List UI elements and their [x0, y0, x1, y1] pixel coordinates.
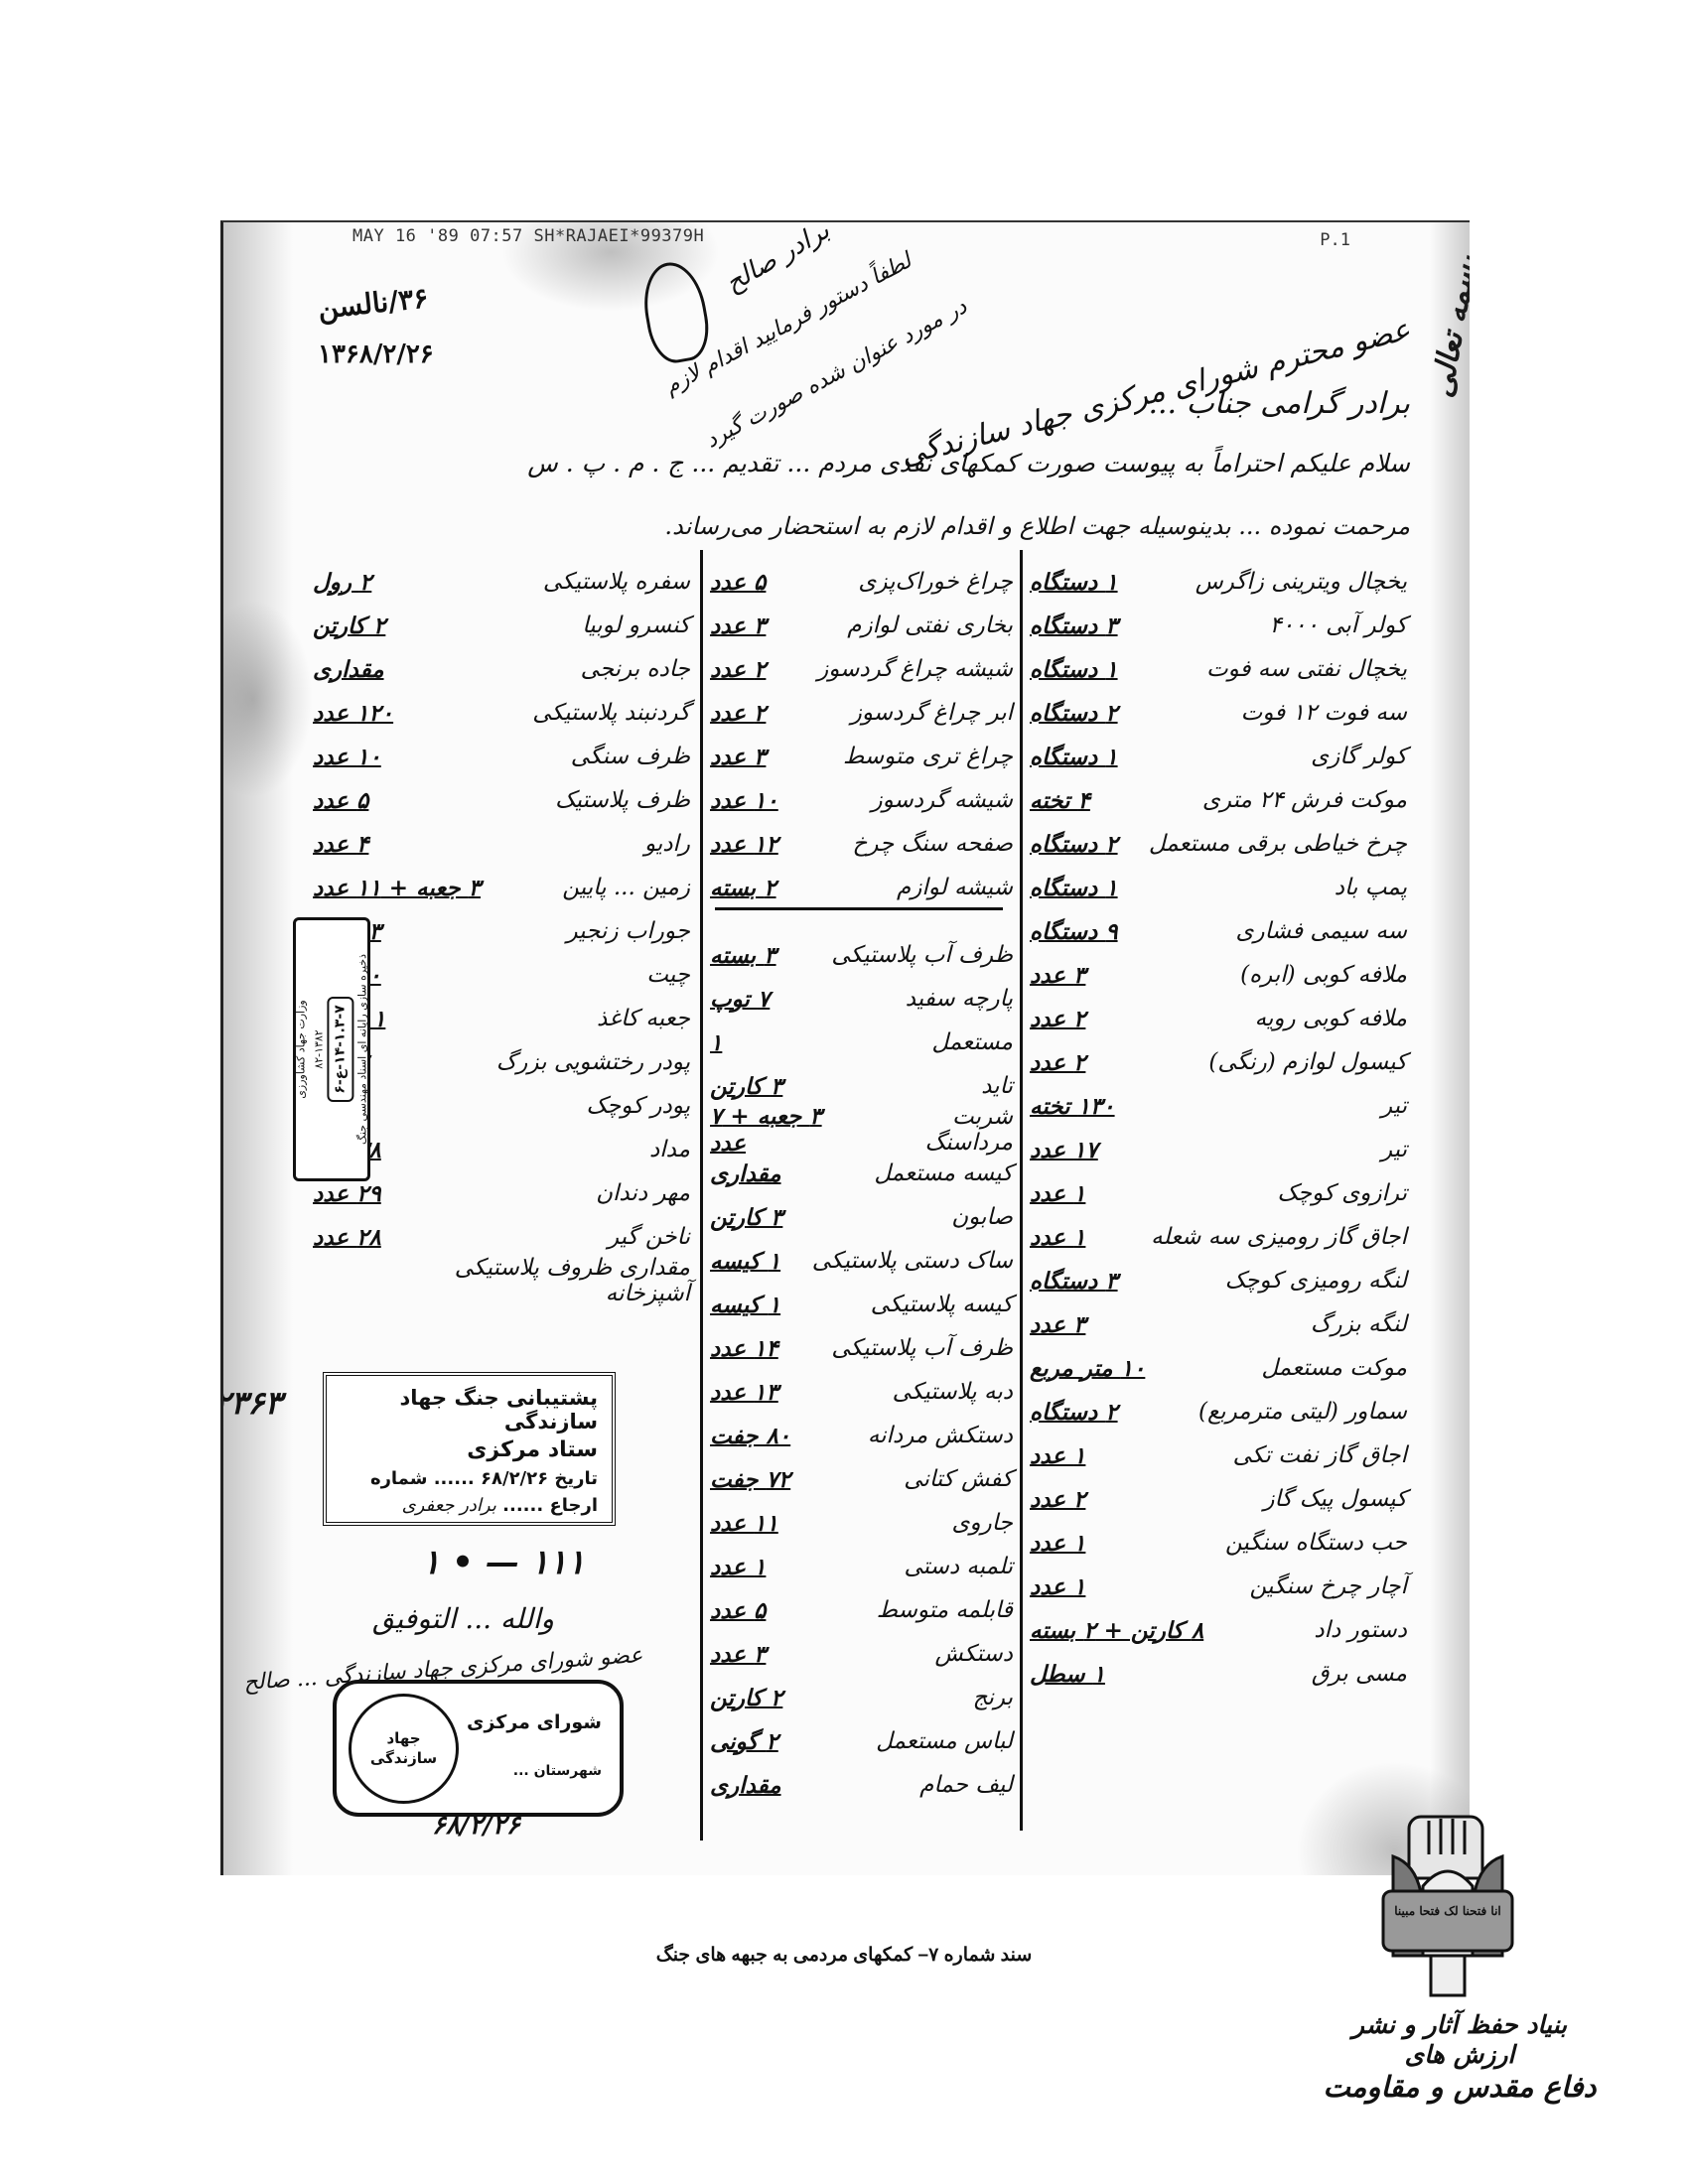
item-quantity: ۱۴ عدد	[710, 1335, 799, 1362]
item-quantity: ۲ دستگاه	[1030, 1399, 1119, 1426]
archive-stamp: وزارت جهاد کشاورزی ۸۲-۱۳۸۲ ۱۴-۱.۳-۷-ع-۶ …	[293, 917, 370, 1181]
hq-stamp-referral-value: برادر جعفری	[402, 1495, 496, 1516]
item-column-middle: چراغ خوراک‌پزی۵ عددبخاری نفتی لوازم۳ عدد…	[710, 560, 1013, 1807]
reference-number: ۳۶/نالسن	[317, 281, 430, 325]
item-name: صفحه سنگ چرخ	[852, 831, 1013, 857]
item-name: دستکش مردانه	[868, 1423, 1013, 1448]
list-item: کولر آبی ۴۰۰۰۳ دستگاه	[1030, 604, 1407, 647]
archive-project: ذخیره سازی رایانه ای اسناد مهندسی جنگ	[353, 925, 371, 1173]
item-name: برنج	[973, 1685, 1013, 1710]
list-item: ملافه کوبی (ابره)۳ عدد	[1030, 953, 1407, 997]
list-item: کولر گازی۱ دستگاه	[1030, 735, 1407, 778]
item-quantity: ۲۹ عدد	[313, 1180, 402, 1207]
item-quantity: ۲ عدد	[1030, 1006, 1119, 1032]
hq-stamp-referral-label: ارجاع	[549, 1495, 598, 1516]
item-quantity: ۱۱ عدد	[710, 1510, 799, 1537]
list-item: دبه پلاستیکی۱۳ عدد	[710, 1370, 1013, 1414]
item-quantity: ۴ عدد	[313, 831, 402, 858]
item-name: تیر	[1381, 1137, 1407, 1162]
list-item: موکت فرش ۲۴ متری۴ تخته	[1030, 778, 1407, 822]
list-item: سه سیمی فشاری۹ دستگاه	[1030, 909, 1407, 953]
item-name: سماور (لیتی مترمربع)	[1198, 1399, 1407, 1425]
item-name: اجاق گاز نفت تکی	[1233, 1442, 1407, 1468]
item-name: تاید	[981, 1073, 1013, 1099]
archive-code: ۱۴-۱.۳-۷-ع-۶	[328, 997, 353, 1101]
item-name: کیسه مستعمل	[874, 1160, 1013, 1186]
list-item: ترازوی کوچک۱ عدد	[1030, 1171, 1407, 1215]
item-name: بخاری نفتی لوازم	[847, 613, 1013, 638]
item-name: شربت مرداسنگ	[861, 1104, 1013, 1156]
item-name: صابون	[951, 1204, 1013, 1230]
margin-note: برادر صالح	[720, 220, 834, 299]
item-name: کیسه پلاستیکی	[871, 1292, 1013, 1317]
list-item: دستکش۳ عدد	[710, 1632, 1013, 1676]
list-item: اجاق گاز رومیزی سه شعله۱ عدد	[1030, 1215, 1407, 1259]
item-quantity: ۲ دستگاه	[1030, 831, 1119, 858]
item-quantity: ۲ عدد	[710, 656, 799, 683]
list-item: ظرف آب پلاستیکی۱۴ عدد	[710, 1326, 1013, 1370]
item-quantity: ۱ دستگاه	[1030, 656, 1119, 683]
list-item: زمین ... پایین۳ جعبه + ۱۱ عدد	[313, 866, 690, 909]
item-quantity: ۱۰ عدد	[710, 787, 799, 814]
item-quantity: ۲ گونی	[710, 1728, 799, 1755]
item-name: مستعمل	[931, 1029, 1013, 1055]
list-item: سه فوت ۱۲ فوت۲ دستگاه	[1030, 691, 1407, 735]
hq-stamp-line2: ستاد مرکزی	[341, 1437, 598, 1462]
item-name: پمپ باد	[1335, 875, 1407, 900]
list-item: ظرف سنگی۱۰ عدد	[313, 735, 690, 778]
foundation-name: بنیاد حفظ آثار و نشر ارزش های دفاع مقدس …	[1321, 2010, 1599, 2105]
item-quantity: ۱۰ متر مربع	[1030, 1355, 1145, 1382]
item-name: جاروی	[952, 1510, 1013, 1536]
item-name: شیشه لوازم	[897, 875, 1013, 900]
list-item: شیشه لوازم۲ بسته	[710, 866, 1013, 909]
list-item: تلمبه دستی۱ عدد	[710, 1545, 1013, 1588]
item-quantity: مقداری	[710, 1772, 799, 1799]
body-line: مرحمت نموده ... بدینوسیله جهت اطلاع و اق…	[664, 512, 1410, 540]
item-name: مداد	[649, 1137, 690, 1162]
item-name: کولر گازی	[1311, 744, 1407, 769]
body-line: سلام علیکم احتراماً به پیوست صورت کمکهای…	[527, 449, 1410, 478]
list-item: اجاق گاز نفت تکی۱ عدد	[1030, 1433, 1407, 1477]
item-quantity: ۱ عدد	[710, 1554, 799, 1580]
item-quantity: ۷ توپ	[710, 986, 799, 1013]
list-item: ساک دستی پلاستیکی۱ کیسه	[710, 1239, 1013, 1283]
item-name: چراغ خوراک‌پزی	[858, 569, 1013, 595]
item-quantity: ۵ عدد	[710, 569, 799, 596]
item-quantity: ۳ دستگاه	[1030, 1268, 1119, 1295]
item-quantity: ۱ عدد	[1030, 1180, 1119, 1207]
item-quantity: ۱۳ عدد	[710, 1379, 799, 1406]
list-item: مسی برق۱ سطل	[1030, 1652, 1407, 1696]
item-quantity: ۱ دستگاه	[1030, 875, 1119, 901]
item-name: ظرف سنگی	[571, 744, 690, 769]
list-item: ابر چراغ گردسوز۲ عدد	[710, 691, 1013, 735]
item-quantity: ۵ عدد	[710, 1597, 799, 1624]
item-name: ساک دستی پلاستیکی	[812, 1248, 1013, 1274]
closing-greeting: والله ... التوفیق	[372, 1602, 554, 1635]
list-item: یخچال نفتی سه‌ فوت۱ دستگاه	[1030, 647, 1407, 691]
item-name: موکت فرش ۲۴ متری	[1202, 787, 1407, 813]
list-item: چراغ خوراک‌پزی۵ عدد	[710, 560, 1013, 604]
item-name: تیر	[1381, 1093, 1407, 1119]
logo-banner-text: انا فتحنا لک فتحا مبینا	[1387, 1904, 1508, 1920]
archive-years: ۸۲-۱۳۸۲	[310, 925, 328, 1173]
list-item: بخاری نفتی لوازم۳ عدد	[710, 604, 1013, 647]
list-item: قابلمه متوسط۵ عدد	[710, 1588, 1013, 1632]
list-item: چراغ تری متوسط۳ عدد	[710, 735, 1013, 778]
column-divider	[700, 550, 703, 1841]
item-name: یخچال ویترینی زاگرس	[1196, 569, 1407, 595]
list-item: لیف حماممقداری	[710, 1763, 1013, 1807]
archive-org: وزارت جهاد کشاورزی	[292, 925, 310, 1173]
item-name: شیشه گردسوز	[871, 787, 1013, 813]
list-item: شربت مرداسنگ۳ جعبه + ۷ عدد	[710, 1108, 1013, 1152]
column-divider	[1020, 550, 1023, 1831]
list-item: کیسه پلاستیکی۱ کیسه	[710, 1283, 1013, 1326]
item-quantity: ۸۰ جفت	[710, 1423, 799, 1449]
item-name: یخچال نفتی سه‌ فوت	[1206, 656, 1407, 682]
item-name: ابر چراغ گردسوز	[851, 700, 1013, 726]
list-item: دستکش مردانه۸۰ جفت	[710, 1414, 1013, 1457]
item-name: مهر دندان	[596, 1180, 690, 1206]
item-name: ملافه کوبی (ابره)	[1240, 962, 1407, 988]
item-quantity: ۲ عدد	[710, 700, 799, 727]
item-quantity: ۱۷ عدد	[1030, 1137, 1119, 1163]
item-name: لنگه بزرگ	[1311, 1311, 1407, 1337]
item-quantity: ۱ عدد	[1030, 1224, 1119, 1251]
list-item: پمپ باد۱ دستگاه	[1030, 866, 1407, 909]
item-name: ترازوی کوچک	[1277, 1180, 1407, 1206]
item-quantity: ۱۳۰ تخته	[1030, 1093, 1119, 1120]
item-quantity: ۳ دستگاه	[1030, 613, 1119, 639]
council-stamp-seal: جهاد سازندگی	[349, 1694, 459, 1804]
foundation-logo: انا فتحنا لک فتحا مبینا	[1373, 1807, 1522, 2005]
list-item: صفحه سنگ چرخ۱۲ عدد	[710, 822, 1013, 866]
closing-number: ۱ • — ۱۱۱	[422, 1543, 585, 1582]
item-name: موکت مستعمل	[1261, 1355, 1407, 1381]
list-item: چرخ خیاطی برقی مستعمل۲ دستگاه	[1030, 822, 1407, 866]
list-item: جاروی۱۱ عدد	[710, 1501, 1013, 1545]
item-name: ملافه کوبی رویه	[1255, 1006, 1407, 1031]
list-item: رادیو۴ عدد	[313, 822, 690, 866]
item-quantity: ۲ عدد	[1030, 1486, 1119, 1513]
item-quantity: ۱۲ عدد	[710, 831, 799, 858]
list-item: کیسه مستعملمقداری	[710, 1152, 1013, 1195]
item-quantity: ۳ عدد	[1030, 1311, 1119, 1338]
list-item: پارچه سفید۷ توپ	[710, 977, 1013, 1021]
item-quantity: ۱ کیسه	[710, 1248, 799, 1275]
list-item: کنسرو لوبیا۲ کارتن	[313, 604, 690, 647]
list-item: شیشه گردسوز۱۰ عدد	[710, 778, 1013, 822]
list-item: گردنبند پلاستیکی۱۲۰ عدد	[313, 691, 690, 735]
item-name: پودر کوچک	[586, 1093, 690, 1119]
item-quantity: ۲ بسته	[710, 875, 799, 901]
scan-smudge	[220, 600, 313, 798]
list-item: موکت مستعمل۱۰ متر مربع	[1030, 1346, 1407, 1390]
item-quantity: ۷۲ جفت	[710, 1466, 799, 1493]
council-stamp-title: شورای مرکزی	[467, 1711, 602, 1733]
item-name: کنسرو لوبیا	[582, 613, 690, 638]
item-name: پارچه سفید	[906, 986, 1013, 1012]
item-name: سفره پلاستیکی	[543, 569, 690, 595]
item-quantity: ۱ عدد	[1030, 1530, 1119, 1557]
invocation: بسمه تعالی	[1425, 252, 1470, 400]
list-item: یخچال ویترینی زاگرس۱ دستگاه	[1030, 560, 1407, 604]
item-quantity: ۲ کارتن	[313, 613, 402, 639]
item-quantity: ۱ دستگاه	[1030, 569, 1119, 596]
list-item: ظرف پلاستیک۵ عدد	[313, 778, 690, 822]
item-name: لباس مستعمل	[876, 1728, 1013, 1754]
item-name: ظرف پلاستیک	[555, 787, 690, 813]
item-quantity: ۳ عدد	[710, 1641, 799, 1668]
item-quantity: ۸ کارتن + ۲ بسته	[1030, 1617, 1203, 1644]
item-quantity: ۲ دستگاه	[1030, 700, 1119, 727]
list-item: ظرف آب پلاستیکی۳ بسته	[710, 933, 1013, 977]
hq-stamp: پشتیبانی جنگ جهاد سازندگی ستاد مرکزی تار…	[323, 1372, 616, 1526]
item-quantity: ۱ سطل	[1030, 1661, 1119, 1688]
item-quantity: ۱ عدد	[1030, 1442, 1119, 1469]
hq-stamp-date: تاریخ ۶۸/۲/۲۶	[481, 1468, 598, 1489]
list-item: مستعمل۱	[710, 1021, 1013, 1064]
item-quantity: ۱ دستگاه	[1030, 744, 1119, 770]
list-item: آچار چرخ سنگین۱ عدد	[1030, 1565, 1407, 1608]
item-name: کفش کتانی	[904, 1466, 1013, 1492]
item-quantity: ۲ عدد	[1030, 1049, 1119, 1076]
item-name: مقداری ظروف پلاستیکی آشپزخانه	[402, 1255, 690, 1306]
list-item: مقداری ظروف پلاستیکی آشپزخانه	[313, 1259, 690, 1302]
hq-stamp-number-label: شماره	[370, 1468, 428, 1489]
item-quantity: ۳ عدد	[710, 744, 799, 770]
item-name: جعبه کاغذ	[597, 1006, 690, 1031]
item-name: ظرف آب پلاستیکی	[831, 1335, 1013, 1361]
list-item: لنگه بزرگ۳ عدد	[1030, 1302, 1407, 1346]
item-name: زمین ... پایین	[562, 875, 690, 900]
list-item: تاید۳ کارتن	[710, 1064, 1013, 1108]
item-name: لنگه رومیزی کوچک	[1225, 1268, 1407, 1294]
item-quantity: ۲ کارتن	[710, 1685, 799, 1711]
list-item: لنگه رومیزی کوچک۳ دستگاه	[1030, 1259, 1407, 1302]
list-item: کپسول پیک گاز۲ عدد	[1030, 1477, 1407, 1521]
item-name: اجاق گاز رومیزی سه شعله	[1151, 1224, 1407, 1250]
page-marker: P.1	[1320, 230, 1350, 250]
item-quantity: ۳ جعبه + ۷ عدد	[710, 1103, 861, 1157]
scanned-document: MAY 16 '89 07:57 SH*RAJAEI*99379H P.1 بس…	[220, 220, 1470, 1875]
fax-header: MAY 16 '89 07:57 SH*RAJAEI*99379H	[352, 226, 704, 246]
item-quantity: ۳ کارتن	[710, 1204, 799, 1231]
item-quantity: ۱ عدد	[1030, 1573, 1119, 1600]
list-item: کیسول لوازم (رنگی)۲ عدد	[1030, 1040, 1407, 1084]
item-name: چراغ تری متوسط	[843, 744, 1013, 769]
list-item: لباس مستعمل۲ گونی	[710, 1719, 1013, 1763]
item-name: کیسول لوازم (رنگی)	[1208, 1049, 1407, 1075]
item-quantity: ۵ عدد	[313, 787, 402, 814]
item-name: کپسول پیک گاز	[1263, 1486, 1407, 1512]
item-name: ظرف آب پلاستیکی	[831, 942, 1013, 968]
body-line: برادر گرامی جناب ...	[1148, 386, 1410, 421]
council-stamp: جهاد سازندگی شورای مرکزی شهرستان ...	[333, 1680, 624, 1817]
item-name: لیف حمام	[919, 1772, 1013, 1798]
council-stamp-city: شهرستان ...	[513, 1763, 602, 1779]
item-quantity: ۳ بسته	[710, 942, 799, 969]
list-item: تیر۱۳۰ تخته	[1030, 1084, 1407, 1128]
item-name: رادیو	[644, 831, 690, 857]
item-name: چیت	[646, 962, 690, 988]
list-item: جاده برنجیمقداری	[313, 647, 690, 691]
list-item: حب دستگاه سنگین۱ عدد	[1030, 1521, 1407, 1565]
item-name: جوراب زنجیر	[566, 918, 690, 944]
item-quantity: ۱	[710, 1029, 799, 1056]
list-item: سفره پلاستیکی۲ رول	[313, 560, 690, 604]
item-name: گردنبند پلاستیکی	[532, 700, 690, 726]
item-quantity: ۱ کیسه	[710, 1292, 799, 1318]
list-item: برنج۲ کارتن	[710, 1676, 1013, 1719]
item-column-right: یخچال ویترینی زاگرس۱ دستگاهکولر آبی ۴۰۰۰…	[1030, 560, 1407, 1696]
item-name: دبه پلاستیکی	[893, 1379, 1013, 1405]
item-name: پودر رختشویی بزرگ	[496, 1049, 690, 1075]
item-quantity: ۱۲۰ عدد	[313, 700, 402, 727]
hq-handwritten-number: ۲۳۶۳	[220, 1384, 282, 1422]
item-name: مسی برق	[1312, 1661, 1407, 1687]
list-item: ملافه کوبی رویه۲ عدد	[1030, 997, 1407, 1040]
list-item: شیشه چراغ گردسوز۲ عدد	[710, 647, 1013, 691]
item-quantity: ۲۸ عدد	[313, 1224, 402, 1251]
item-name: ناخن گیر	[608, 1224, 690, 1250]
item-quantity: ۱۰ عدد	[313, 744, 402, 770]
item-name: حب دستگاه سنگین	[1225, 1530, 1407, 1556]
item-quantity: ۳ عدد	[710, 613, 799, 639]
item-name: شیشه چراغ گردسوز	[817, 656, 1013, 682]
item-name: جاده برنجی	[581, 656, 690, 682]
list-item: دستور داد۸ کارتن + ۲ بسته	[1030, 1608, 1407, 1652]
reference-date: ۱۳۶۸/۲/۲۶	[318, 340, 434, 369]
item-quantity: ۳ کارتن	[710, 1073, 799, 1100]
item-name: دستکش	[935, 1641, 1013, 1667]
item-quantity: ۴ تخته	[1030, 787, 1119, 814]
hq-stamp-line1: پشتیبانی جنگ جهاد سازندگی	[341, 1386, 598, 1433]
item-quantity: مقداری	[710, 1160, 799, 1187]
list-item: صابون۳ کارتن	[710, 1195, 1013, 1239]
council-stamp-date: ۶۸/۲/۲۶	[432, 1811, 520, 1841]
item-name: سه فوت ۱۲ فوت	[1241, 700, 1407, 726]
item-name: آچار چرخ سنگین	[1250, 1573, 1407, 1599]
item-quantity: ۹ دستگاه	[1030, 918, 1119, 945]
item-quantity: ۳ جعبه + ۱۱ عدد	[313, 875, 481, 901]
item-quantity: مقداری	[313, 656, 402, 683]
item-name: تلمبه دستی	[904, 1554, 1013, 1579]
item-name: سه سیمی فشاری	[1235, 918, 1407, 944]
item-quantity: ۳ عدد	[1030, 962, 1119, 989]
list-item: ناخن گیر۲۸ عدد	[313, 1215, 690, 1259]
item-name: چرخ خیاطی برقی مستعمل	[1149, 831, 1407, 857]
item-name: کولر آبی ۴۰۰۰	[1269, 613, 1407, 638]
list-item: سماور (لیتی مترمربع)۲ دستگاه	[1030, 1390, 1407, 1433]
item-name: قابلمه متوسط	[877, 1597, 1013, 1623]
list-item: تیر۱۷ عدد	[1030, 1128, 1407, 1171]
list-item: کفش کتانی۷۲ جفت	[710, 1457, 1013, 1501]
item-quantity: ۲ رول	[313, 569, 402, 596]
item-name: دستور داد	[1314, 1617, 1407, 1643]
